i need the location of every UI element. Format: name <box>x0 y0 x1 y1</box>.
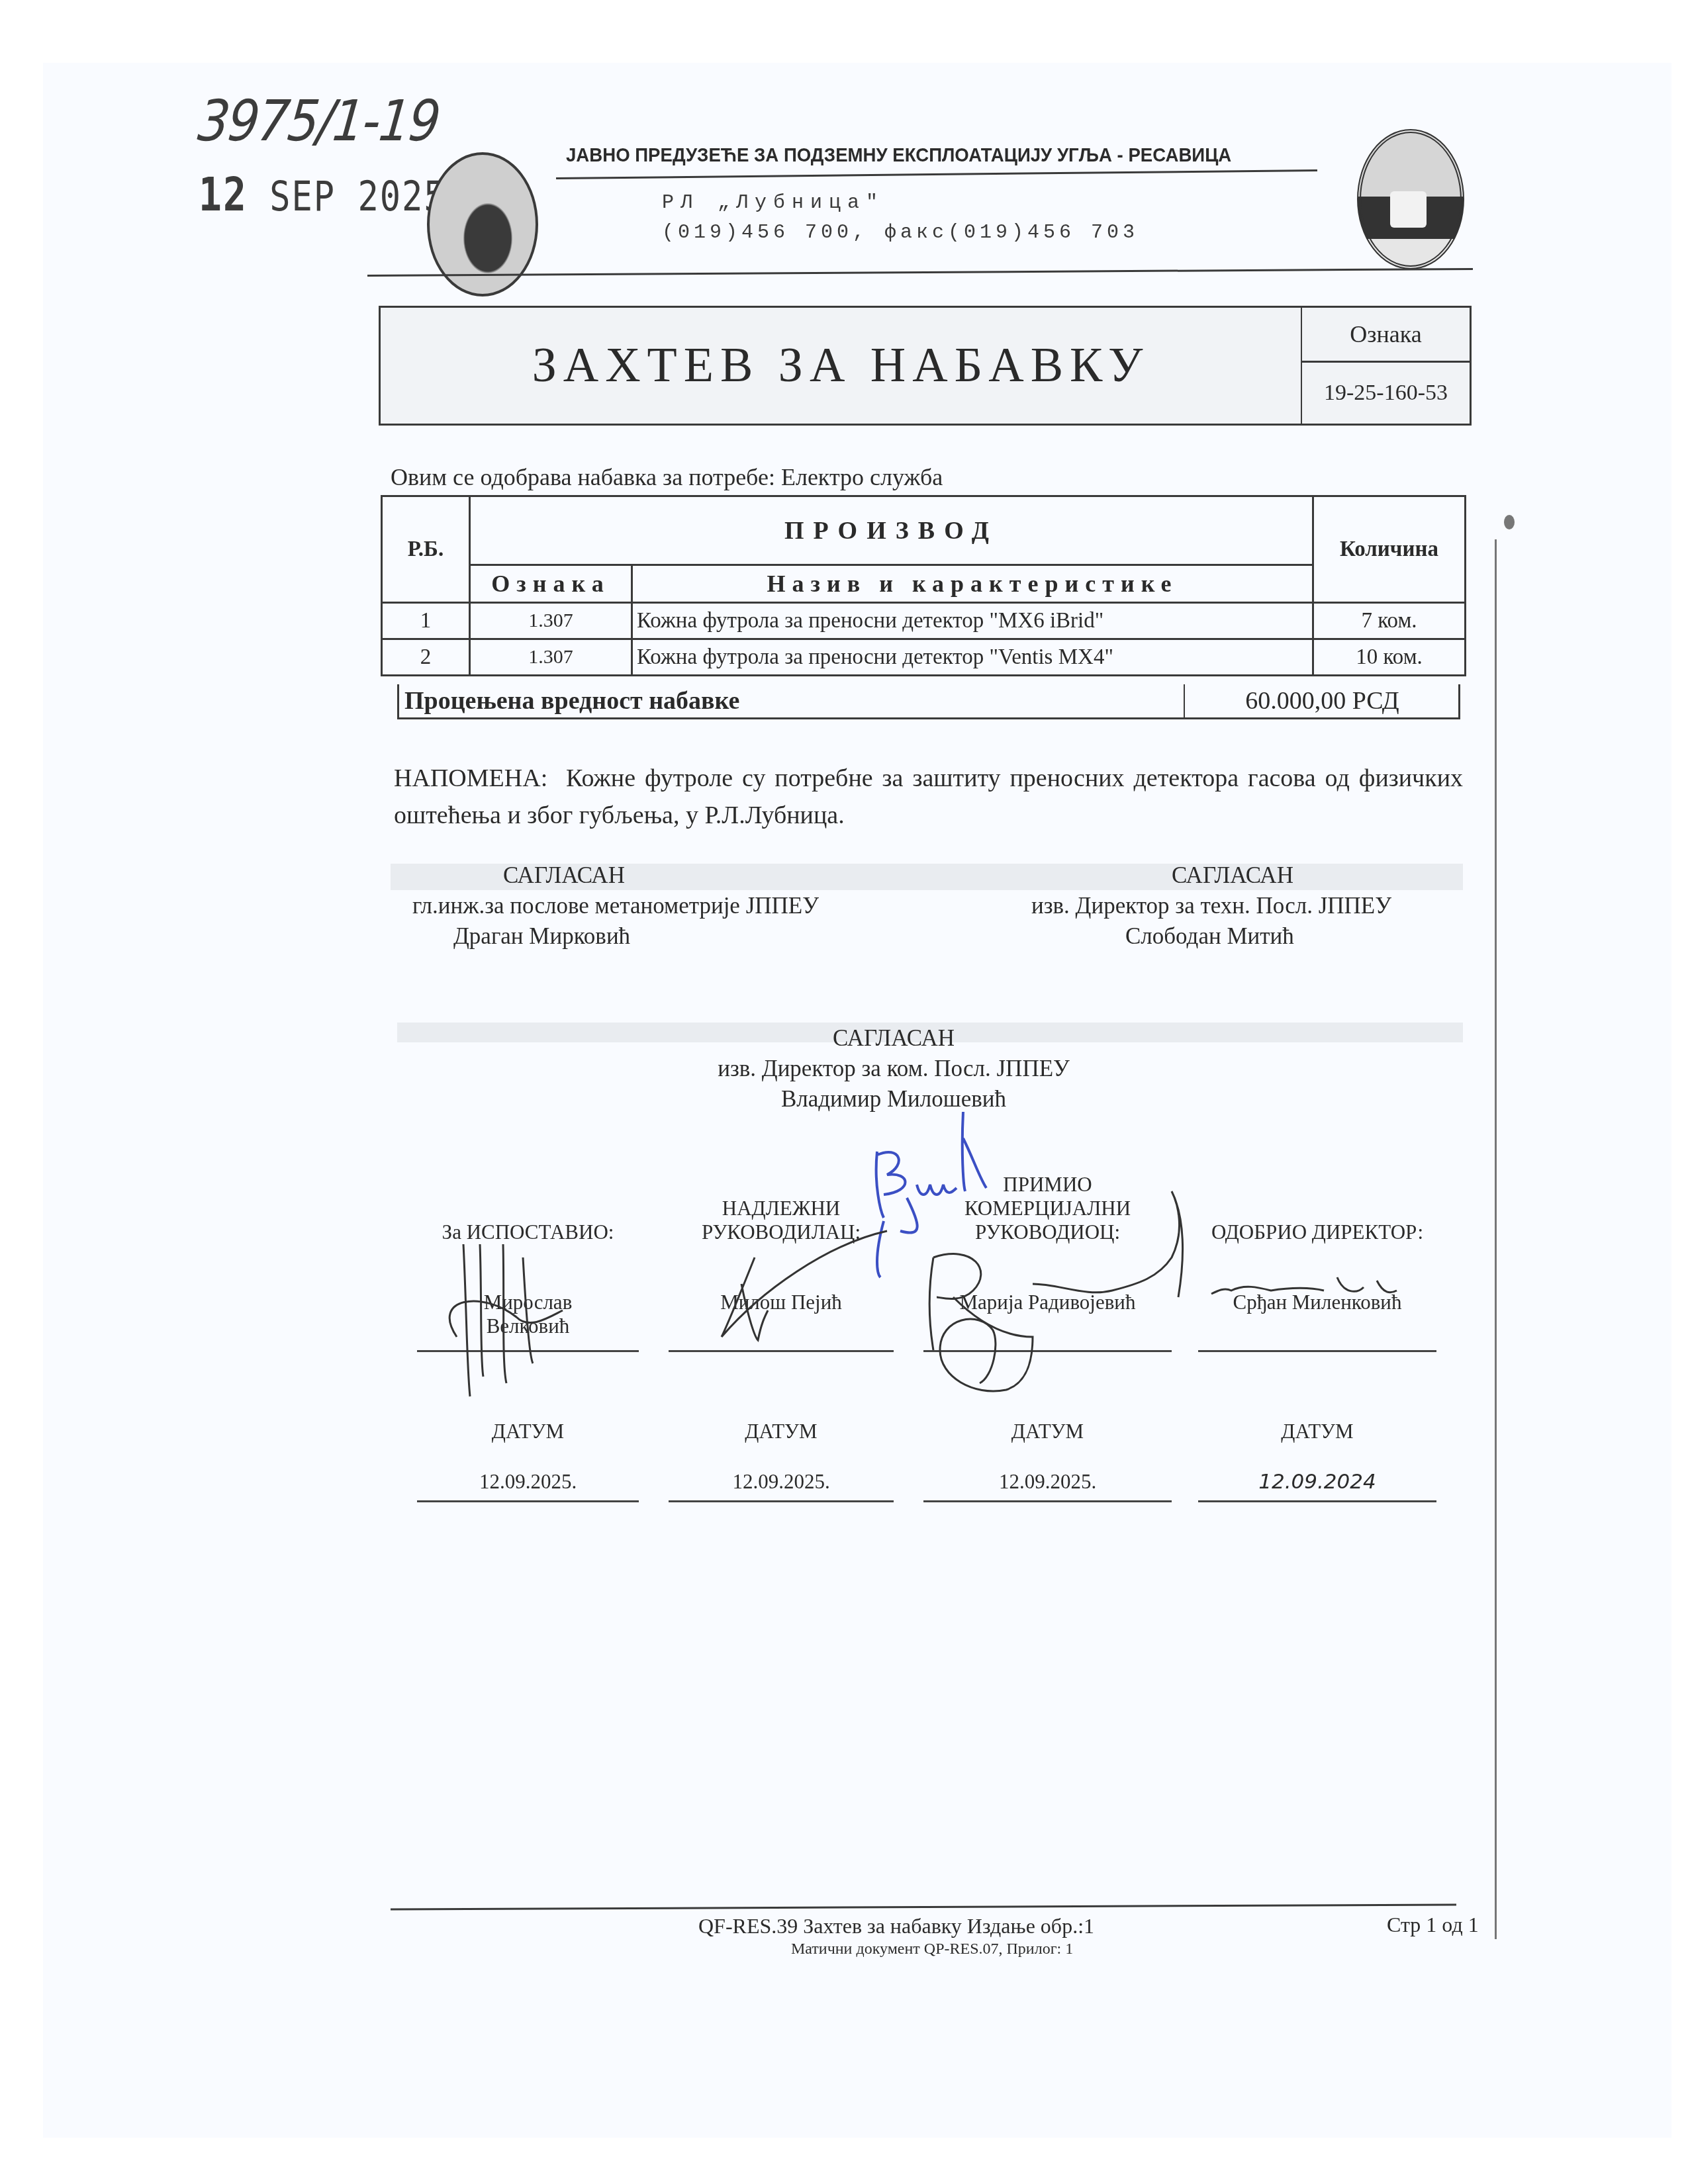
document-title: ЗАХТЕВ ЗА НАБАВКУ <box>381 308 1302 424</box>
contact-numbers: (019)456 700, факс(019)456 703 <box>662 222 1139 244</box>
received-date-stamp: 12 SEP 2025 <box>199 167 446 222</box>
approval-block: САГЛАСАН изв. Директор за техн. Посл. ЈП… <box>980 860 1443 952</box>
date-value: 12.09.2025. <box>923 1470 1172 1494</box>
signer-name: Срђан Миленковић <box>1198 1291 1436 1314</box>
row-code: 1.307 <box>470 603 632 639</box>
table-row: 1 1.307 Кожна футрола за преносни детект… <box>382 603 1466 639</box>
scan-edge-line <box>1495 539 1497 1939</box>
received-day: 12 <box>199 167 248 222</box>
approval-block: САГЛАСАН гл.инж.за послове метанометрије… <box>391 860 841 952</box>
document-title-box: ЗАХТЕВ ЗА НАБАВКУ Ознака 19-25-160-53 <box>379 306 1472 426</box>
signature-line <box>1198 1350 1436 1352</box>
approval-title: изв. Директор за ком. Посл. ЈППЕУ <box>635 1054 1152 1084</box>
received-month-year: SEP 2025 <box>269 173 445 221</box>
signer-surname: Велковић <box>417 1314 639 1338</box>
date-value: 12.09.2025. <box>669 1470 894 1494</box>
date-line <box>923 1500 1172 1502</box>
date-value: 12.09.2025. <box>417 1470 639 1494</box>
signature-role: РУКОВОДИЛАЦ: <box>702 1220 861 1244</box>
approval-status: САГЛАСАН <box>635 1023 1152 1054</box>
row-rb: 2 <box>382 639 470 676</box>
signature-line <box>669 1350 894 1352</box>
signature-block-manager: НАДЛЕЖНИ РУКОВОДИЛАЦ: Милош Пејић ДАТУМ … <box>669 1191 894 1502</box>
header-code: Ознака <box>470 565 632 603</box>
approval-title: изв. Директор за техн. Посл. ЈППЕУ <box>980 891 1443 921</box>
estimated-value: 60.000,00 РСД <box>1184 684 1460 717</box>
signature-block-issued-by: За ИСПОСТАВИО: Мирослав Велковић ДАТУМ 1… <box>417 1191 639 1502</box>
note-paragraph: НАПОМЕНА: Кожне футроле су потребне за з… <box>394 760 1463 834</box>
signer-name: Марија Радивојевић <box>923 1291 1172 1314</box>
approval-title: гл.инж.за послове метанометрије ЈППЕУ <box>391 891 841 921</box>
signature-line <box>923 1350 1172 1352</box>
row-rb: 1 <box>382 603 470 639</box>
estimated-value-row: Процењена вредност набавке 60.000,00 РСД <box>397 684 1460 719</box>
note-text: Кожне футроле су потребне за заштиту пре… <box>394 764 1463 829</box>
header-quantity: Количина <box>1313 496 1466 603</box>
company-crest-icon <box>1357 129 1464 269</box>
signature-role: ОДОБРИО ДИРЕКТОР: <box>1198 1191 1436 1244</box>
page-number: Стр 1 од 1 <box>1387 1913 1479 1937</box>
registry-number-stamp: 3975/1-19 <box>195 89 443 154</box>
row-name: Кожна футрола за преносни детектор "MX6 … <box>632 603 1313 639</box>
header-name: Назив и карактеристике <box>632 565 1313 603</box>
product-table: Р.Б. ПРОИЗВОД Количина Ознака Назив и ка… <box>381 495 1466 676</box>
signature-role: ПРИМИО КОМЕРЦИЈАЛНИ <box>923 1173 1172 1220</box>
note-label: НАПОМЕНА: <box>394 764 547 792</box>
row-quantity: 10 ком. <box>1313 639 1466 676</box>
signer-name: Мирослав <box>417 1291 639 1314</box>
signature-line <box>417 1350 639 1352</box>
approval-name: Драган Мирковић <box>391 921 841 952</box>
form-identifier: QF-RES.39 Захтев за набавку Издање обр.:… <box>698 1914 1094 1938</box>
header-product: ПРОИЗВОД <box>470 496 1313 565</box>
signer-name: Милош Пејић <box>669 1291 894 1314</box>
document-code-label: Ознака <box>1302 308 1470 363</box>
row-code: 1.307 <box>470 639 632 676</box>
approval-name: Слободан Митић <box>980 921 1443 952</box>
header-rb: Р.Б. <box>382 496 470 603</box>
date-line <box>1198 1500 1436 1502</box>
signature-block-commercial: ПРИМИО КОМЕРЦИЈАЛНИ РУКОВОДИОЦ: Марија Р… <box>923 1191 1172 1502</box>
approval-status: САГЛАСАН <box>980 860 1443 891</box>
row-name: Кожна футрола за преносни детектор "Vent… <box>632 639 1313 676</box>
signature-block-director: ОДОБРИО ДИРЕКТОР: Срђан Миленковић ДАТУМ… <box>1198 1191 1436 1502</box>
date-label: ДАТУМ <box>923 1420 1172 1443</box>
signature-role: РУКОВОДИОЦ: <box>975 1220 1120 1244</box>
date-label: ДАТУМ <box>417 1420 639 1443</box>
date-label: ДАТУМ <box>1198 1420 1436 1443</box>
scan-speck <box>1504 515 1515 529</box>
approval-block: САГЛАСАН изв. Директор за ком. Посл. ЈПП… <box>635 1023 1152 1115</box>
document-code-value: 19-25-160-53 <box>1302 362 1470 424</box>
table-row: 2 1.307 Кожна футрола за преносни детект… <box>382 639 1466 676</box>
estimated-value-label: Процењена вредност набавке <box>404 684 739 717</box>
signature-role: За ИСПОСТАВИО: <box>417 1191 639 1244</box>
date-label: ДАТУМ <box>669 1420 894 1443</box>
date-line <box>669 1500 894 1502</box>
date-line <box>417 1500 639 1502</box>
approval-name: Владимир Милошевић <box>635 1084 1152 1115</box>
organization-name: ЈАВНО ПРЕДУЗЕЋЕ ЗА ПОДЗЕМНУ ЕКСПЛОАТАЦИЈ… <box>566 144 1231 167</box>
approval-intro: Овим се одобрава набавка за потребе: Еле… <box>391 463 943 491</box>
signature-role: НАДЛЕЖНИ <box>722 1197 840 1220</box>
unit-name: РЛ „Лубница" <box>662 192 884 214</box>
parent-document: Матични документ QP-RES.07, Прилог: 1 <box>791 1940 1073 1958</box>
approval-status: САГЛАСАН <box>391 860 841 891</box>
row-quantity: 7 ком. <box>1313 603 1466 639</box>
date-value-handwritten: 12.09.2024 <box>1198 1470 1436 1494</box>
